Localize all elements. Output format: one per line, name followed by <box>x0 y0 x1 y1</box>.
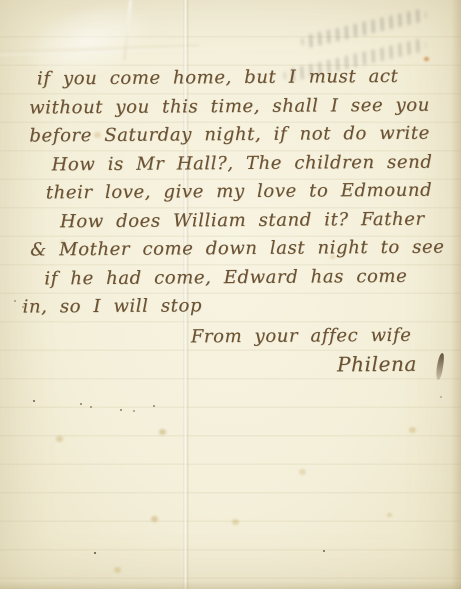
page-edge-shading <box>451 0 461 589</box>
letter-line: before Saturday night, if not do write <box>29 120 453 151</box>
page-edge-shading <box>0 581 461 589</box>
letter-scan-page: if you come home, but I must act without… <box>0 0 461 589</box>
letter-line: in, so I will stop <box>22 291 454 323</box>
letter-line: How does William stand it? Father <box>60 205 454 236</box>
letter-line: How is Mr Hall?, The children send <box>52 148 454 179</box>
letter-body: if you come home, but I must act without… <box>29 63 455 381</box>
letter-line: their love, give my love to Edmound <box>46 177 454 208</box>
letter-line: if you come home, but I must act <box>37 63 453 94</box>
letter-closing: From your affec wife <box>191 321 455 351</box>
letter-line: without you this time, shall I see you <box>29 91 453 122</box>
letter-line: if he had come, Edward has come <box>44 262 454 293</box>
letter-line: & Mother come down last night to see <box>30 234 454 265</box>
ink-specks <box>0 0 2 2</box>
